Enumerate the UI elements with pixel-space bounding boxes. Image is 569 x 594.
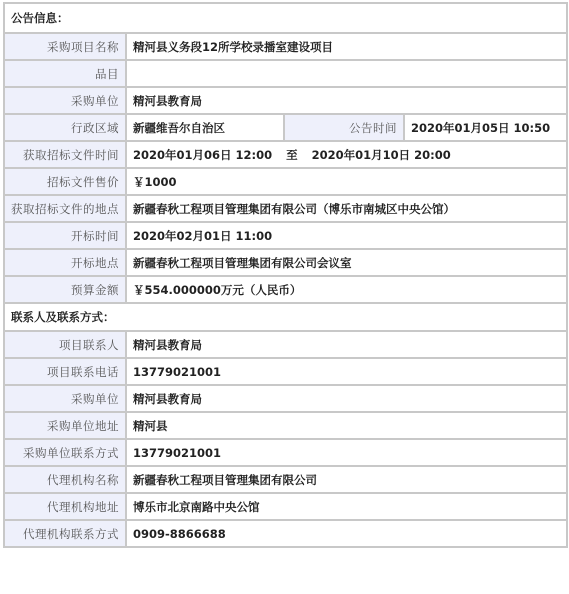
- doc-time-separator: 至: [286, 148, 298, 162]
- row-agency-contact: 代理机构联系方式 0909-8866688: [4, 520, 567, 547]
- value-purchaser: 精河县教育局: [126, 87, 567, 114]
- label-project-phone: 项目联系电话: [4, 358, 126, 385]
- label-doc-place: 获取招标文件的地点: [4, 195, 126, 222]
- value-agency-address: 博乐市北京南路中央公馆: [126, 493, 567, 520]
- row-purchaser-address: 采购单位地址 精河县: [4, 412, 567, 439]
- value-agency-name: 新疆春秋工程项目管理集团有限公司: [126, 466, 567, 493]
- label-region: 行政区域: [4, 114, 126, 141]
- label-purchaser: 采购单位: [4, 87, 126, 114]
- value-doc-price: ￥1000: [126, 168, 567, 195]
- value-open-place: 新疆春秋工程项目管理集团有限公司会议室: [126, 249, 567, 276]
- row-agency-name: 代理机构名称 新疆春秋工程项目管理集团有限公司: [4, 466, 567, 493]
- value-category: [126, 60, 567, 87]
- section-header-contacts: 联系人及联系方式：: [4, 303, 567, 331]
- value-budget: ￥554.000000万元（人民币）: [126, 276, 567, 303]
- doc-time-end: 2020年01月10日 20:00: [312, 148, 451, 162]
- row-project-name: 采购项目名称 精河县义务段12所学校录播室建设项目: [4, 33, 567, 60]
- row-doc-place: 获取招标文件的地点 新疆春秋工程项目管理集团有限公司（博乐市南城区中央公馆）: [4, 195, 567, 222]
- row-doc-price: 招标文件售价 ￥1000: [4, 168, 567, 195]
- label-budget: 预算金额: [4, 276, 126, 303]
- label-open-place: 开标地点: [4, 249, 126, 276]
- label-category: 品目: [4, 60, 126, 87]
- value-announce-time: 2020年01月05日 10:50: [404, 114, 567, 141]
- label-purchaser-contact: 采购单位联系方式: [4, 439, 126, 466]
- value-doc-place: 新疆春秋工程项目管理集团有限公司（博乐市南城区中央公馆）: [126, 195, 567, 222]
- value-contact-purchaser: 精河县教育局: [126, 385, 567, 412]
- announcement-table: 公告信息： 采购项目名称 精河县义务段12所学校录播室建设项目 品目 采购单位 …: [3, 2, 568, 548]
- label-announce-time: 公告时间: [284, 114, 404, 141]
- label-agency-contact: 代理机构联系方式: [4, 520, 126, 547]
- row-budget: 预算金额 ￥554.000000万元（人民币）: [4, 276, 567, 303]
- label-project-name: 采购项目名称: [4, 33, 126, 60]
- section-title-contacts: 联系人及联系方式：: [4, 303, 567, 331]
- row-purchaser-contact: 采购单位联系方式 13779021001: [4, 439, 567, 466]
- row-contact-purchaser: 采购单位 精河县教育局: [4, 385, 567, 412]
- value-project-phone: 13779021001: [126, 358, 567, 385]
- section-header-announcement: 公告信息：: [4, 3, 567, 33]
- label-doc-time: 获取招标文件时间: [4, 141, 126, 168]
- row-open-place: 开标地点 新疆春秋工程项目管理集团有限公司会议室: [4, 249, 567, 276]
- row-category: 品目: [4, 60, 567, 87]
- value-project-name: 精河县义务段12所学校录播室建设项目: [126, 33, 567, 60]
- row-purchaser: 采购单位 精河县教育局: [4, 87, 567, 114]
- value-purchaser-contact: 13779021001: [126, 439, 567, 466]
- label-open-time: 开标时间: [4, 222, 126, 249]
- row-doc-time: 获取招标文件时间 2020年01月06日 12:00至2020年01月10日 2…: [4, 141, 567, 168]
- doc-time-start: 2020年01月06日 12:00: [133, 148, 272, 162]
- value-doc-time: 2020年01月06日 12:00至2020年01月10日 20:00: [126, 141, 567, 168]
- label-doc-price: 招标文件售价: [4, 168, 126, 195]
- label-agency-address: 代理机构地址: [4, 493, 126, 520]
- value-purchaser-address: 精河县: [126, 412, 567, 439]
- value-open-time: 2020年02月01日 11:00: [126, 222, 567, 249]
- section-title-announcement: 公告信息：: [4, 3, 567, 33]
- label-contact-purchaser: 采购单位: [4, 385, 126, 412]
- label-project-contact: 项目联系人: [4, 331, 126, 358]
- row-open-time: 开标时间 2020年02月01日 11:00: [4, 222, 567, 249]
- value-region: 新疆维吾尔自治区: [126, 114, 284, 141]
- row-project-phone: 项目联系电话 13779021001: [4, 358, 567, 385]
- row-project-contact: 项目联系人 精河县教育局: [4, 331, 567, 358]
- row-region-announce-time: 行政区域 新疆维吾尔自治区 公告时间 2020年01月05日 10:50: [4, 114, 567, 141]
- label-agency-name: 代理机构名称: [4, 466, 126, 493]
- label-purchaser-address: 采购单位地址: [4, 412, 126, 439]
- row-agency-address: 代理机构地址 博乐市北京南路中央公馆: [4, 493, 567, 520]
- value-project-contact: 精河县教育局: [126, 331, 567, 358]
- announcement-detail-panel: 公告信息： 采购项目名称 精河县义务段12所学校录播室建设项目 品目 采购单位 …: [3, 2, 566, 548]
- value-agency-contact: 0909-8866688: [126, 520, 567, 547]
